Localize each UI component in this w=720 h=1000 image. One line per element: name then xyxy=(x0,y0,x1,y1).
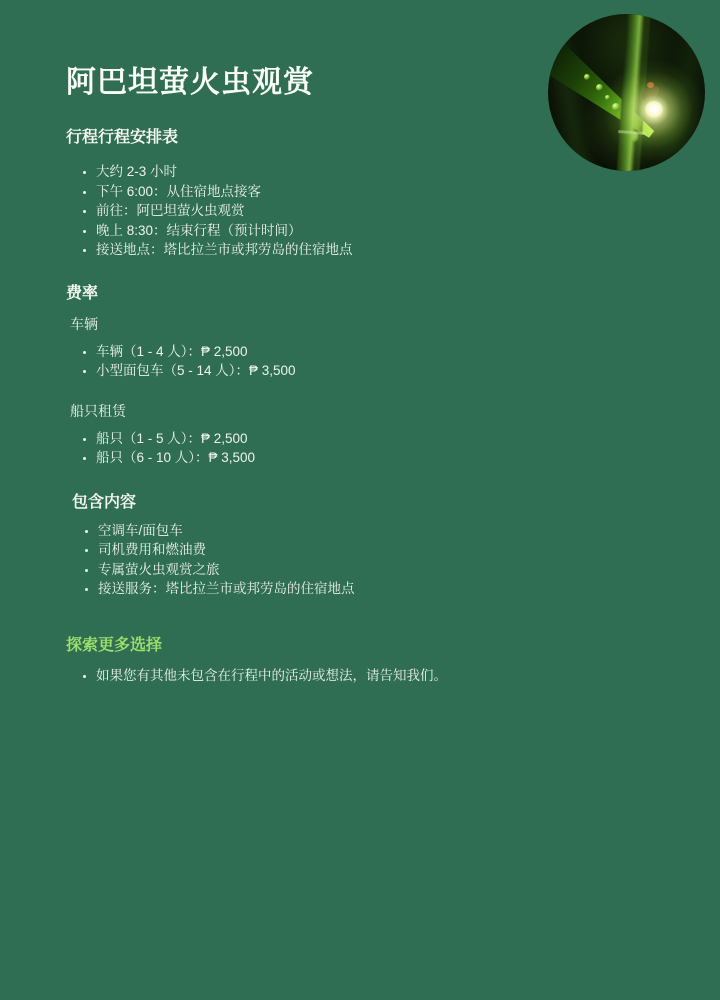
more-options-list: 如果您有其他未包含在行程中的活动或想法，请告知我们。 xyxy=(66,666,546,686)
list-item: 司机费用和燃油费 xyxy=(98,540,546,560)
photo-glow-core xyxy=(645,101,663,117)
list-item: 前往：阿巴坦萤火虫观赏 xyxy=(96,201,546,221)
list-item: 下午 6:00：从住宿地点接客 xyxy=(96,182,546,202)
list-item: 晚上 8:30：结束行程（预计时间） xyxy=(96,221,546,241)
rates-heading: 费率 xyxy=(66,284,546,304)
list-item: 大约 2-3 小时 xyxy=(96,162,546,182)
firefly-photo xyxy=(548,14,705,171)
itinerary-document: 阿巴坦萤火虫观赏 行程行程安排表 大约 2-3 小时 下午 6:00：从住宿地点… xyxy=(66,0,546,685)
schedule-heading: 行程行程安排表 xyxy=(66,128,546,148)
inclusions-list: 空调车/面包车 司机费用和燃油费 专属萤火虫观赏之旅 接送服务：塔比拉兰市或邦劳… xyxy=(72,521,546,599)
more-options-heading: 探索更多选择 xyxy=(66,636,546,656)
list-item: 小型面包车（5 - 14 人）：₱ 3,500 xyxy=(96,361,546,381)
boat-rate-list: 船只（1 - 5 人）：₱ 2,500 船只（6 - 10 人）：₱ 3,500 xyxy=(66,429,546,468)
schedule-list: 大约 2-3 小时 下午 6:00：从住宿地点接客 前往：阿巴坦萤火虫观赏 晚上… xyxy=(66,162,546,260)
list-item: 船只（6 - 10 人）：₱ 3,500 xyxy=(96,448,546,468)
inclusions-heading: 包含内容 xyxy=(72,493,546,513)
section-schedule: 行程行程安排表 大约 2-3 小时 下午 6:00：从住宿地点接客 前往：阿巴坦… xyxy=(66,128,546,260)
vehicle-sublabel: 车辆 xyxy=(70,315,546,333)
page-title: 阿巴坦萤火虫观赏 xyxy=(66,66,546,100)
list-item: 车辆（1 - 4 人）：₱ 2,500 xyxy=(96,342,546,362)
boat-sublabel: 船只租赁 xyxy=(70,402,546,420)
section-more-options: 探索更多选择 如果您有其他未包含在行程中的活动或想法，请告知我们。 xyxy=(66,636,546,686)
section-inclusions: 包含内容 空调车/面包车 司机费用和燃油费 专属萤火虫观赏之旅 接送服务：塔比拉… xyxy=(72,493,546,599)
list-item: 空调车/面包车 xyxy=(98,521,546,541)
vehicle-rate-list: 车辆（1 - 4 人）：₱ 2,500 小型面包车（5 - 14 人）：₱ 3,… xyxy=(66,342,546,381)
list-item: 专属萤火虫观赏之旅 xyxy=(98,560,546,580)
list-item: 接送地点：塔比拉兰市或邦劳岛的住宿地点 xyxy=(96,240,546,260)
list-item: 接送服务：塔比拉兰市或邦劳岛的住宿地点 xyxy=(98,579,546,599)
section-rates: 费率 车辆 车辆（1 - 4 人）：₱ 2,500 小型面包车（5 - 14 人… xyxy=(66,284,546,468)
list-item: 船只（1 - 5 人）：₱ 2,500 xyxy=(96,429,546,449)
list-item: 如果您有其他未包含在行程中的活动或想法，请告知我们。 xyxy=(96,666,546,686)
